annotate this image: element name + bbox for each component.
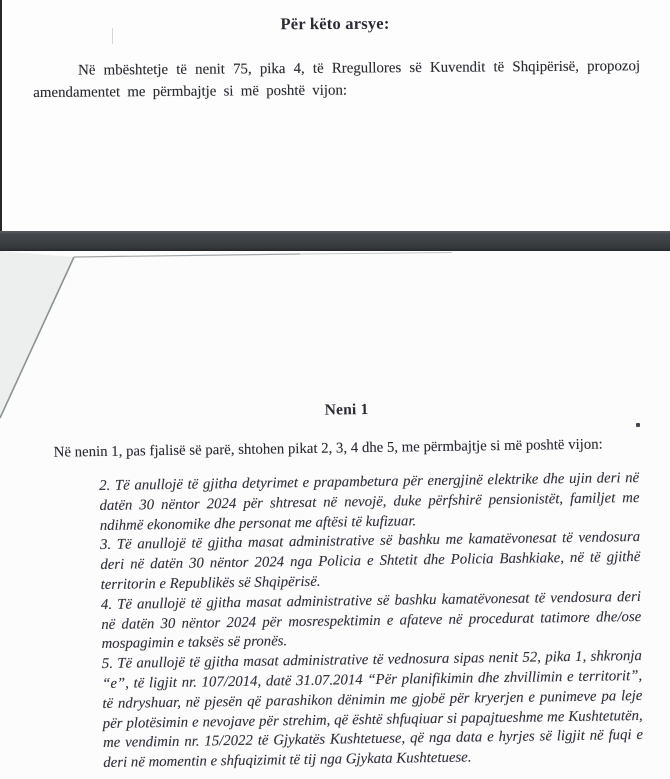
page1-paragraph: Në mbështetje të nenit 75, pika 4, të Rr… (33, 55, 640, 104)
page2-heading: Neni 1 (53, 397, 640, 424)
amendment-point-2: 2. Të anullojë të gjitha detyrimet e pra… (99, 469, 640, 536)
page1-heading: Për këto arsye: (0, 12, 670, 36)
page-1: Për këto arsye: Në mbështetje të nenit 7… (0, 0, 670, 231)
amendment-points: 2. Të anullojë të gjitha detyrimet e pra… (99, 469, 643, 774)
amendment-point-4: 4. Të anullojë të gjitha masat administr… (101, 588, 642, 655)
page2-content: Neni 1 Në nenin 1, pas fjalisë së parë, … (0, 246, 670, 776)
page2-intro: Në nenin 1, pas fjalisë së parë, shtohen… (54, 434, 641, 463)
amendment-point-5: 5. Të anullojë të gjitha masat administr… (102, 647, 644, 774)
page-2: Neni 1 Në nenin 1, pas fjalisë së parë, … (0, 251, 670, 779)
scanned-document: Për këto arsye: Në mbështetje të nenit 7… (0, 0, 670, 779)
amendment-point-3: 3. Të anullojë të gjitha masat administr… (100, 528, 641, 595)
